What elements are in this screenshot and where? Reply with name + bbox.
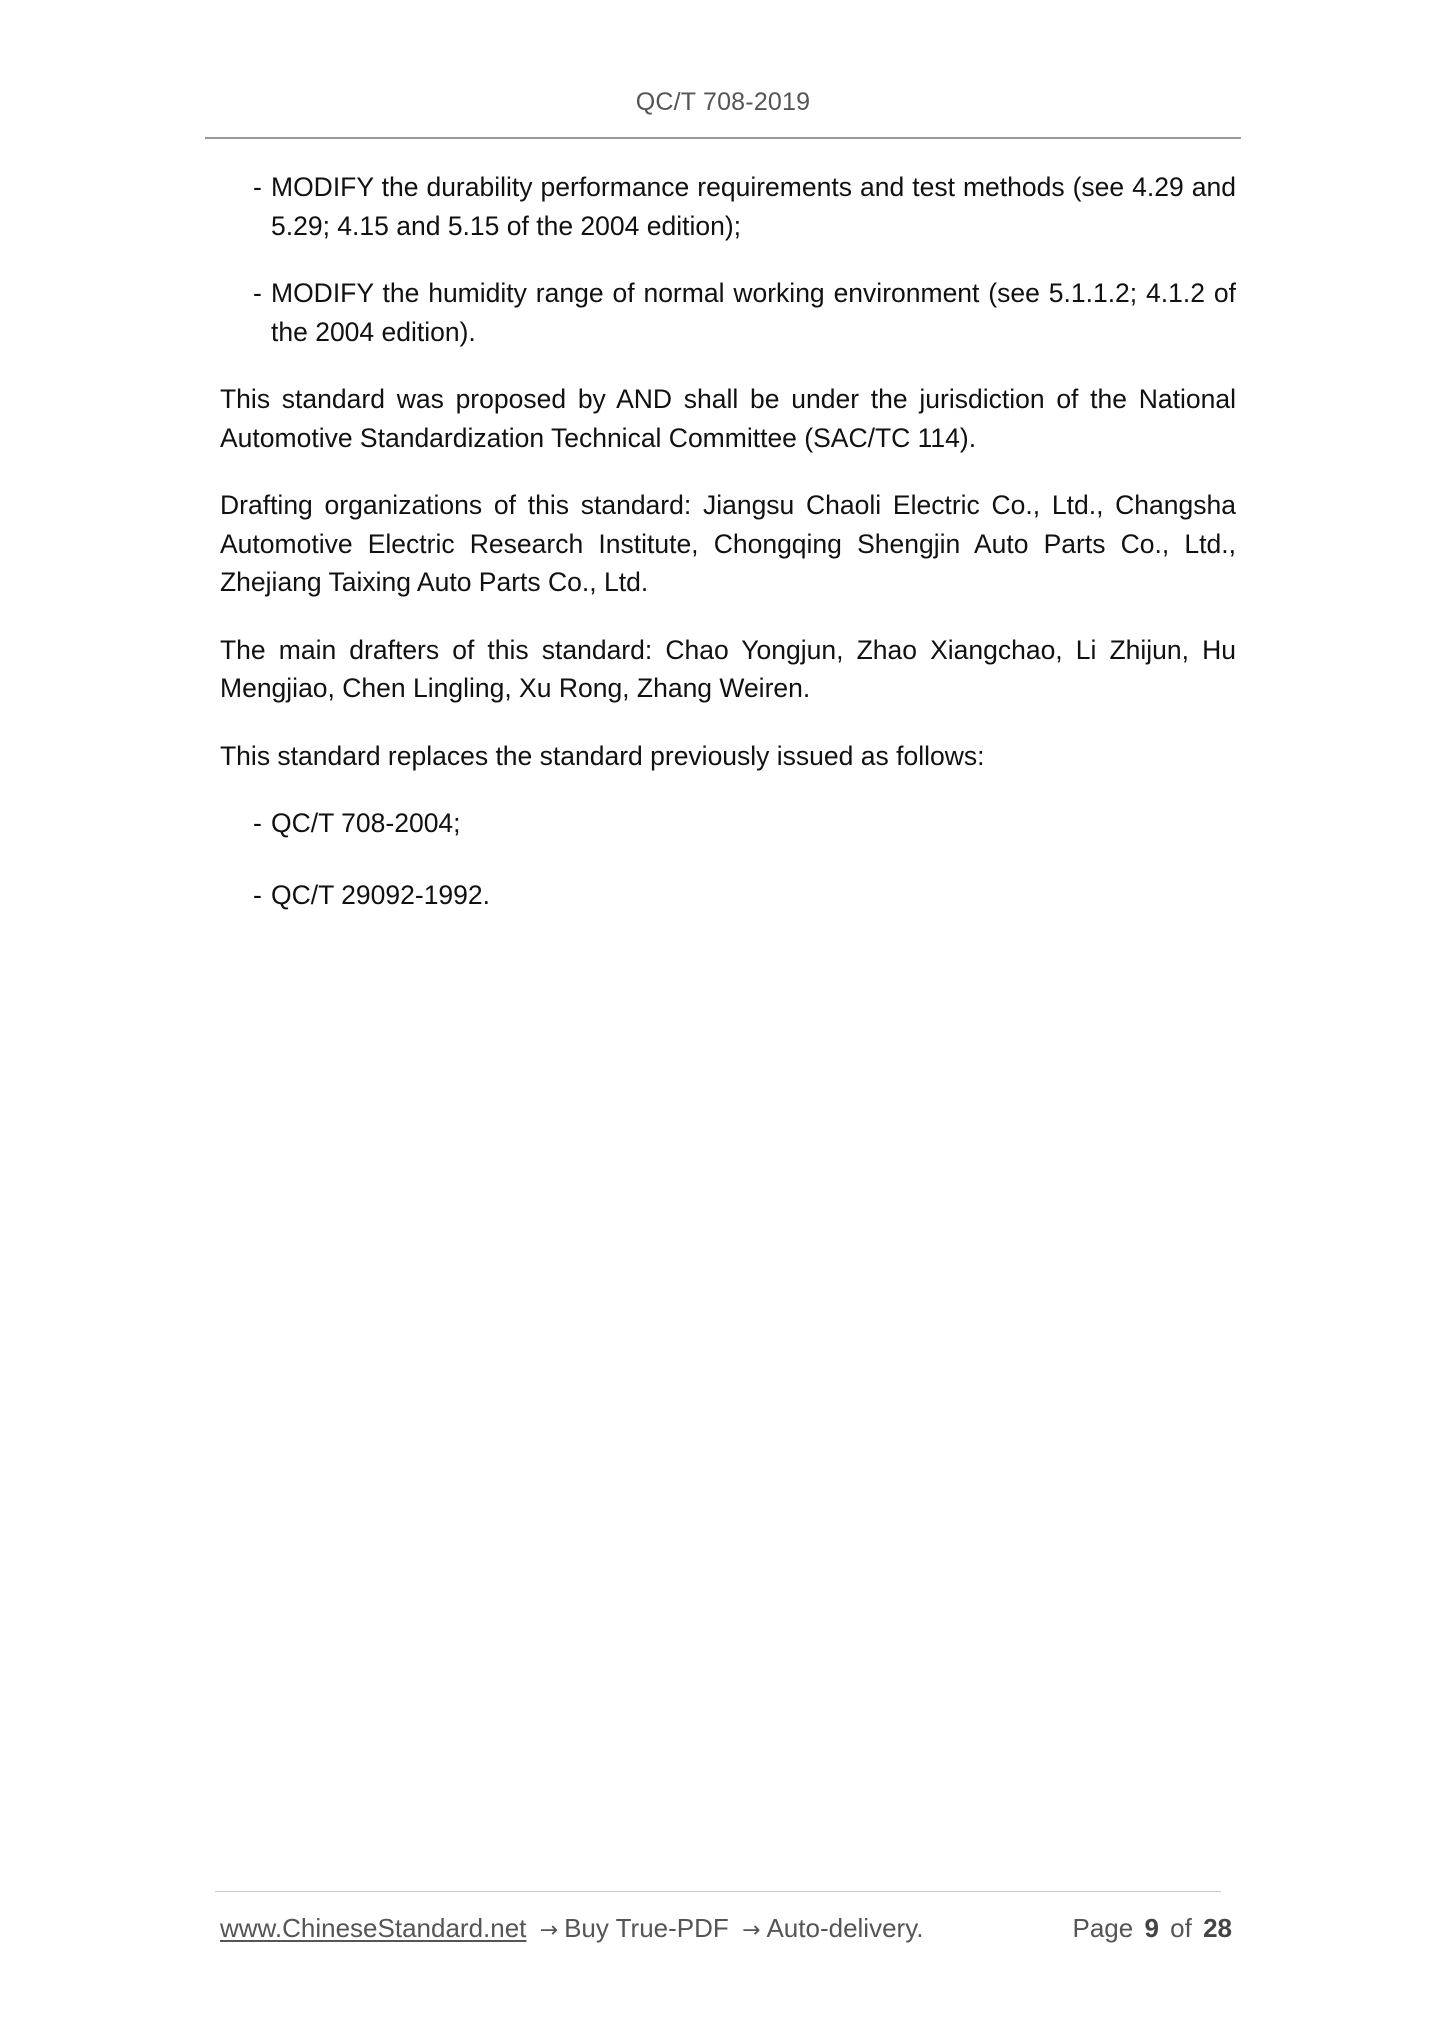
list-item: - MODIFY the durability performance requ… — [220, 168, 1236, 245]
of-label: of — [1170, 1913, 1192, 1943]
footer-divider — [215, 1891, 1221, 1892]
bullet-dash: - — [253, 168, 262, 207]
footer-promo: www.ChineseStandard.net →Buy True-PDF →A… — [220, 1913, 924, 1944]
list-item-text: MODIFY the humidity range of normal work… — [271, 278, 1236, 347]
page-current: 9 — [1144, 1913, 1158, 1943]
list-item: - QC/T 29092-1992. — [220, 876, 1236, 915]
site-link[interactable]: www.ChineseStandard.net — [220, 1913, 526, 1943]
replaced-standard-code: QC/T 708-2004; — [271, 808, 461, 838]
paragraph-main-drafters: The main drafters of this standard: Chao… — [220, 631, 1236, 708]
page-footer: www.ChineseStandard.net →Buy True-PDF →A… — [220, 1913, 1232, 1944]
page-total: 28 — [1203, 1913, 1232, 1943]
footer-step-delivery: Auto-delivery. — [766, 1913, 923, 1943]
right-arrow-icon: → — [540, 1918, 558, 1943]
bullet-dash: - — [253, 876, 262, 915]
list-item-text: MODIFY the durability performance requir… — [271, 172, 1236, 241]
replaced-standard-code: QC/T 29092-1992. — [271, 880, 490, 910]
bullet-dash: - — [253, 804, 262, 843]
document-code-header: QC/T 708-2019 — [205, 88, 1241, 117]
right-arrow-icon: → — [742, 1918, 760, 1943]
paragraph-replaces: This standard replaces the standard prev… — [220, 737, 1236, 776]
document-body: - MODIFY the durability performance requ… — [220, 168, 1236, 947]
footer-step-buy: Buy True-PDF — [564, 1913, 729, 1943]
page-number: Page 9 of 28 — [1068, 1913, 1232, 1944]
list-item: - MODIFY the humidity range of normal wo… — [220, 274, 1236, 351]
page-label: Page — [1072, 1913, 1133, 1943]
list-item: - QC/T 708-2004; — [220, 804, 1236, 843]
paragraph-drafting-organizations: Drafting organizations of this standard:… — [220, 486, 1236, 602]
bullet-dash: - — [253, 274, 262, 313]
header-divider — [205, 137, 1241, 139]
paragraph-jurisdiction: This standard was proposed by AND shall … — [220, 380, 1236, 457]
